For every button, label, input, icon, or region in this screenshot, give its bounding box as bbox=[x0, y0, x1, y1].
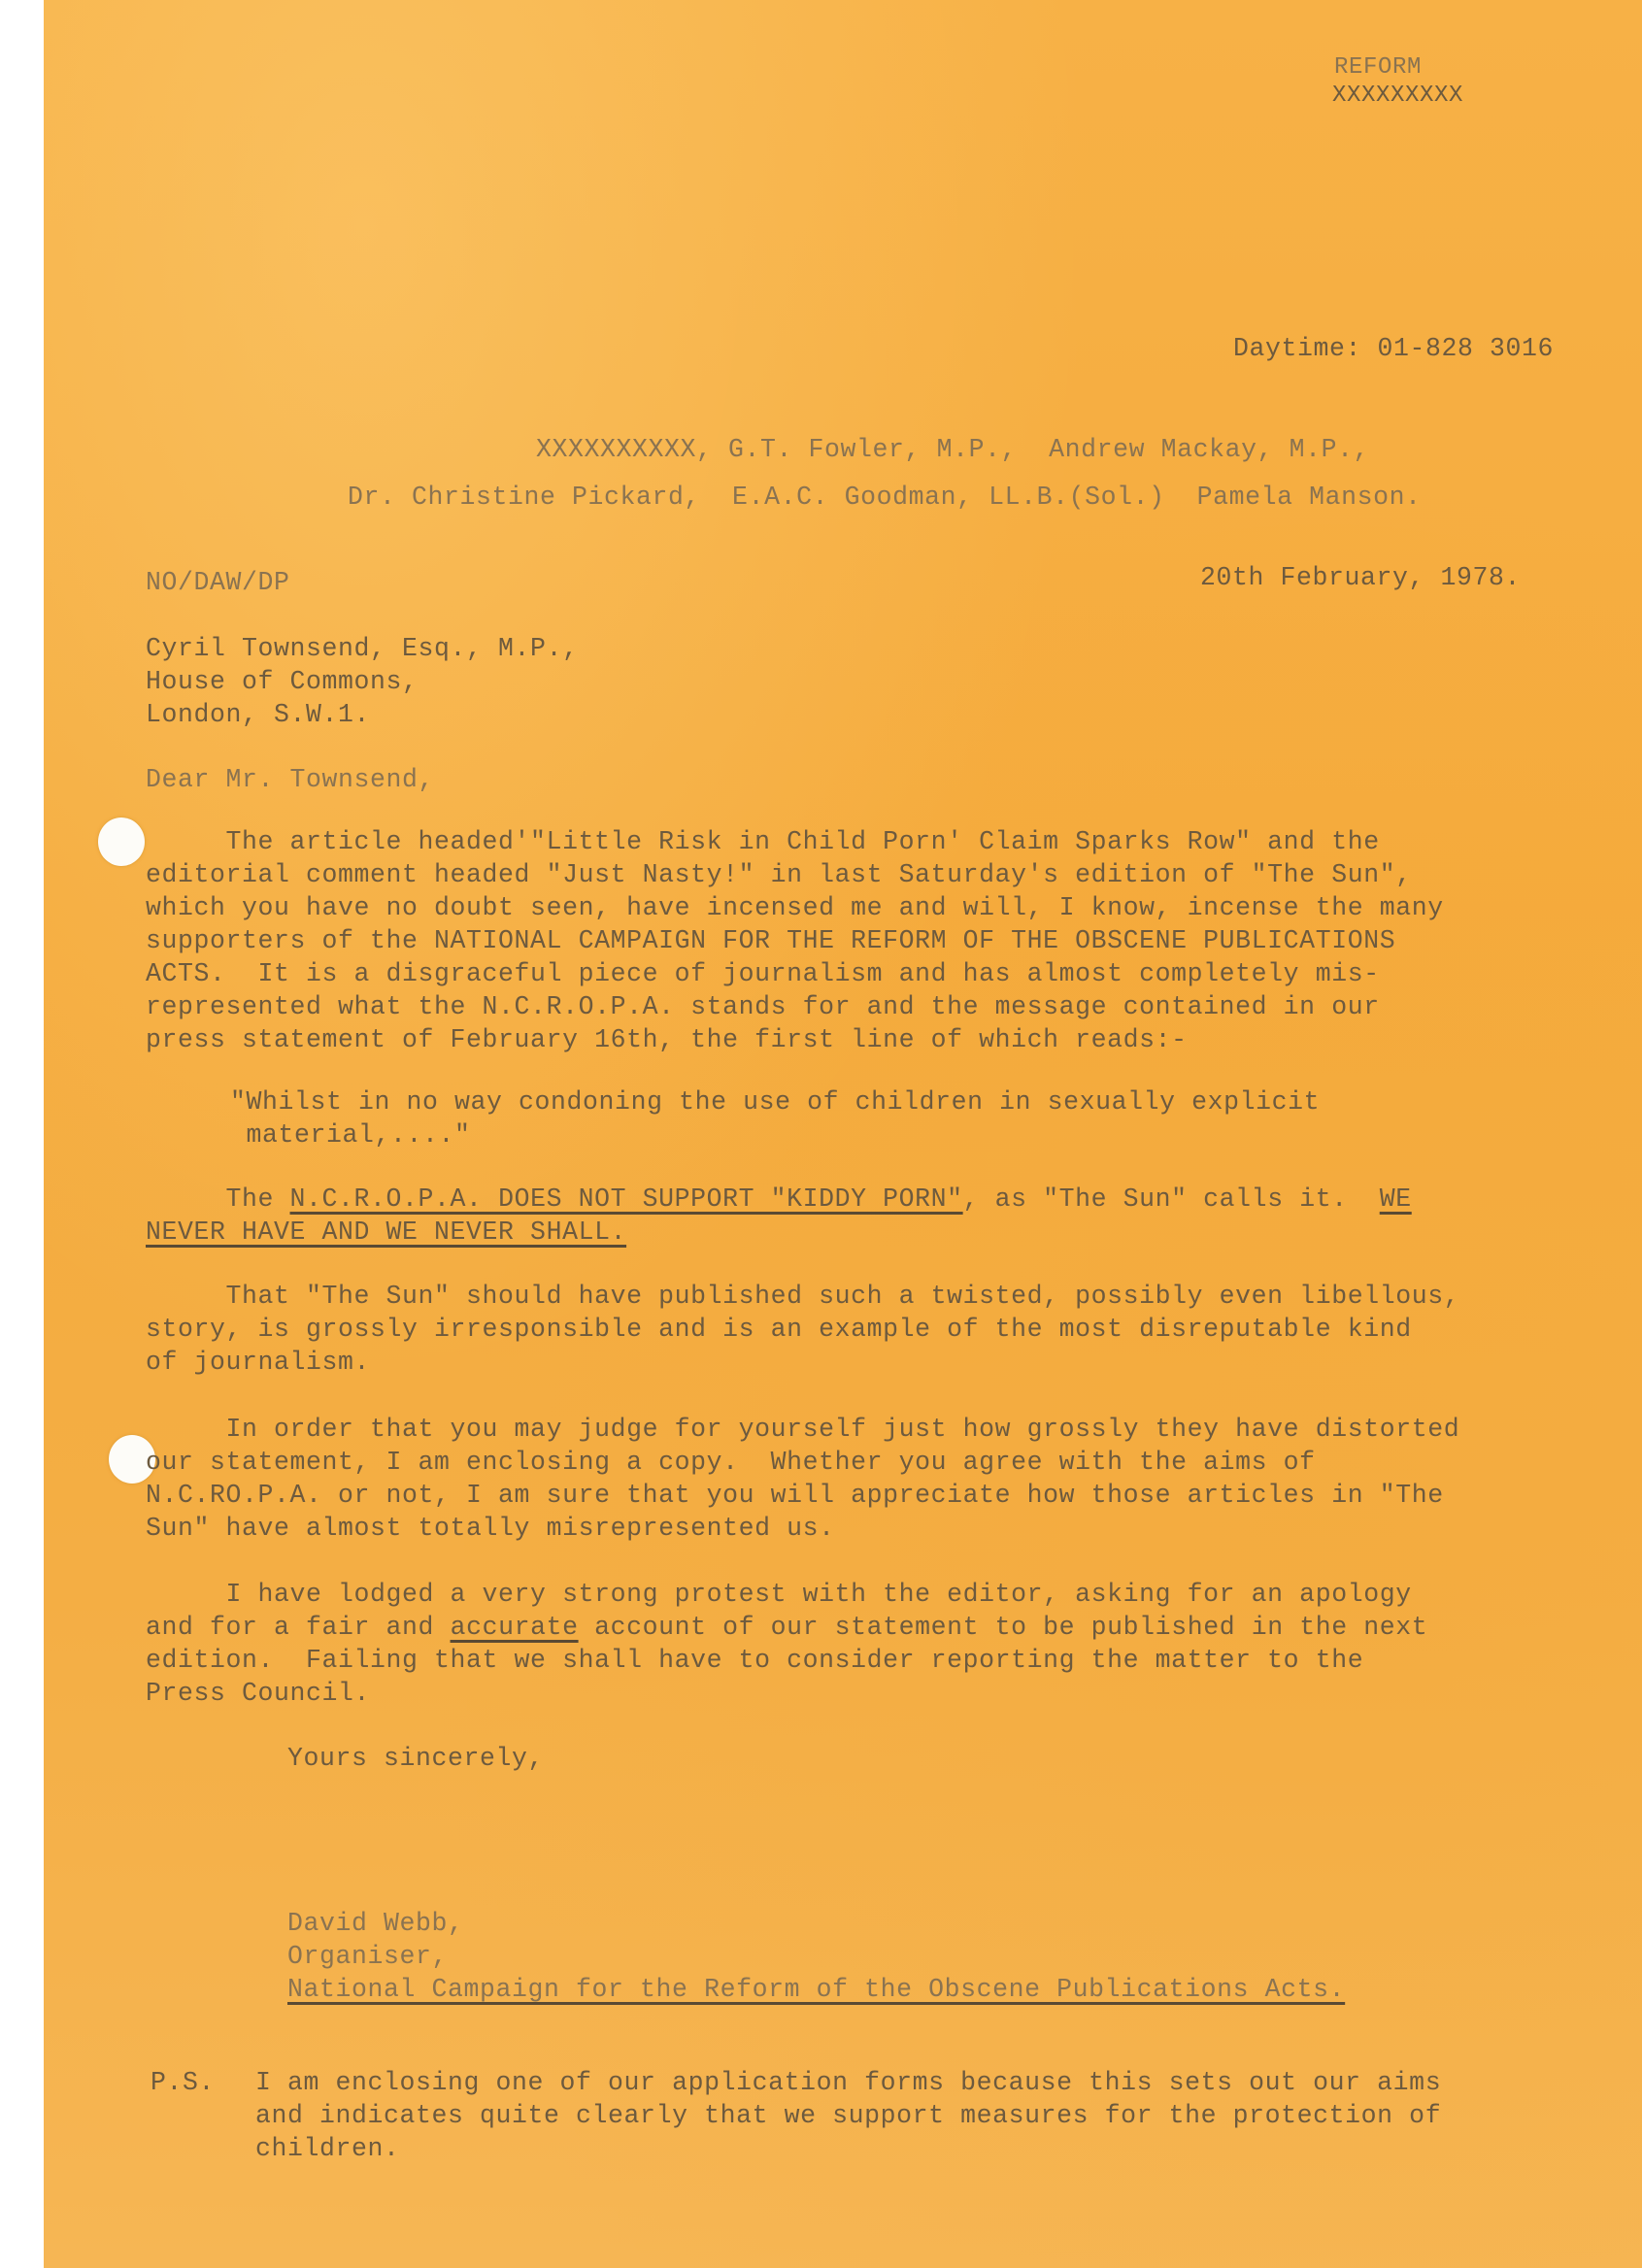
text-line: Sun" have almost totally misrepresented … bbox=[146, 1512, 835, 1545]
underlined-statement: WE bbox=[1380, 1184, 1412, 1214]
text-fragment: , as "The Sun" calls it. bbox=[963, 1184, 1380, 1214]
text-line: which you have no doubt seen, have incen… bbox=[146, 891, 1444, 924]
daytime-phone: Daytime: 01-828 3016 bbox=[1233, 332, 1554, 365]
signatory-name: David Webb, bbox=[287, 1907, 464, 1940]
text-fragment: account of our statement to be published… bbox=[579, 1613, 1428, 1642]
salutation: Dear Mr. Townsend, bbox=[146, 763, 434, 796]
signatory-organisation: National Campaign for the Reform of the … bbox=[287, 1973, 1345, 2006]
text-line: That "The Sun" should have published suc… bbox=[146, 1280, 1459, 1313]
text-line: ACTS. It is a disgraceful piece of journ… bbox=[146, 957, 1380, 990]
patrons-line-2: Dr. Christine Pickard, E.A.C. Goodman, L… bbox=[348, 481, 1422, 514]
punch-hole bbox=[98, 817, 145, 866]
recipient-address-1: House of Commons, bbox=[146, 665, 419, 698]
text-line: of journalism. bbox=[146, 1346, 370, 1379]
postscript-line: I am enclosing one of our application fo… bbox=[255, 2066, 1441, 2099]
letter-date: 20th February, 1978. bbox=[1200, 561, 1521, 594]
closing: Yours sincerely, bbox=[287, 1742, 544, 1775]
postscript-label: P.S. bbox=[151, 2066, 215, 2099]
underlined-word: accurate bbox=[451, 1613, 579, 1642]
postscript-line: children. bbox=[255, 2132, 400, 2165]
signatory-title: Organiser, bbox=[287, 1940, 448, 1973]
text-fragment: The bbox=[146, 1184, 290, 1214]
text-line: and for a fair and accurate account of o… bbox=[146, 1611, 1427, 1644]
reference-code: NO/DAW/DP bbox=[146, 566, 290, 599]
text-line: The article headed'"Little Risk in Child… bbox=[146, 825, 1380, 858]
text-line: editorial comment headed "Just Nasty!" i… bbox=[146, 858, 1412, 891]
text-line: press statement of February 16th, the fi… bbox=[146, 1023, 1188, 1056]
text-line: story, is grossly irresponsible and is a… bbox=[146, 1313, 1412, 1346]
text-line: NEVER HAVE AND WE NEVER SHALL. bbox=[146, 1216, 626, 1249]
recipient-name: Cyril Townsend, Esq., M.P., bbox=[146, 632, 579, 665]
text-line: The N.C.R.O.P.A. DOES NOT SUPPORT "KIDDY… bbox=[146, 1183, 1412, 1216]
quote-line: "Whilst in no way condoning the use of c… bbox=[230, 1085, 1320, 1118]
text-line: our statement, I am enclosing a copy. Wh… bbox=[146, 1446, 1316, 1479]
text-line: supporters of the NATIONAL CAMPAIGN FOR … bbox=[146, 924, 1395, 957]
patrons-line-1: XXXXXXXXXX, G.T. Fowler, M.P., Andrew Ma… bbox=[536, 433, 1369, 466]
text-line: In order that you may judge for yourself… bbox=[146, 1413, 1459, 1446]
quote-line: material,...." bbox=[230, 1118, 471, 1151]
postscript-line: and indicates quite clearly that we supp… bbox=[255, 2099, 1441, 2132]
text-line: represented what the N.C.R.O.P.A. stands… bbox=[146, 990, 1380, 1023]
underlined-statement: N.C.R.O.P.A. DOES NOT SUPPORT "KIDDY POR… bbox=[290, 1184, 963, 1214]
recipient-address-2: London, S.W.1. bbox=[146, 698, 370, 731]
text-fragment: and for a fair and bbox=[146, 1613, 451, 1642]
organisation-name: National Campaign for the Reform of the … bbox=[287, 1975, 1345, 2004]
reform-mark: REFORM bbox=[1334, 53, 1422, 83]
underlined-statement: NEVER HAVE AND WE NEVER SHALL. bbox=[146, 1217, 626, 1247]
text-line: edition. Failing that we shall have to c… bbox=[146, 1644, 1363, 1677]
text-line: I have lodged a very strong protest with… bbox=[146, 1578, 1412, 1611]
struck-out-mark: XXXXXXXXX bbox=[1332, 82, 1463, 111]
text-line: Press Council. bbox=[146, 1677, 370, 1710]
text-line: N.C.RO.P.A. or not, I am sure that you w… bbox=[146, 1479, 1444, 1512]
